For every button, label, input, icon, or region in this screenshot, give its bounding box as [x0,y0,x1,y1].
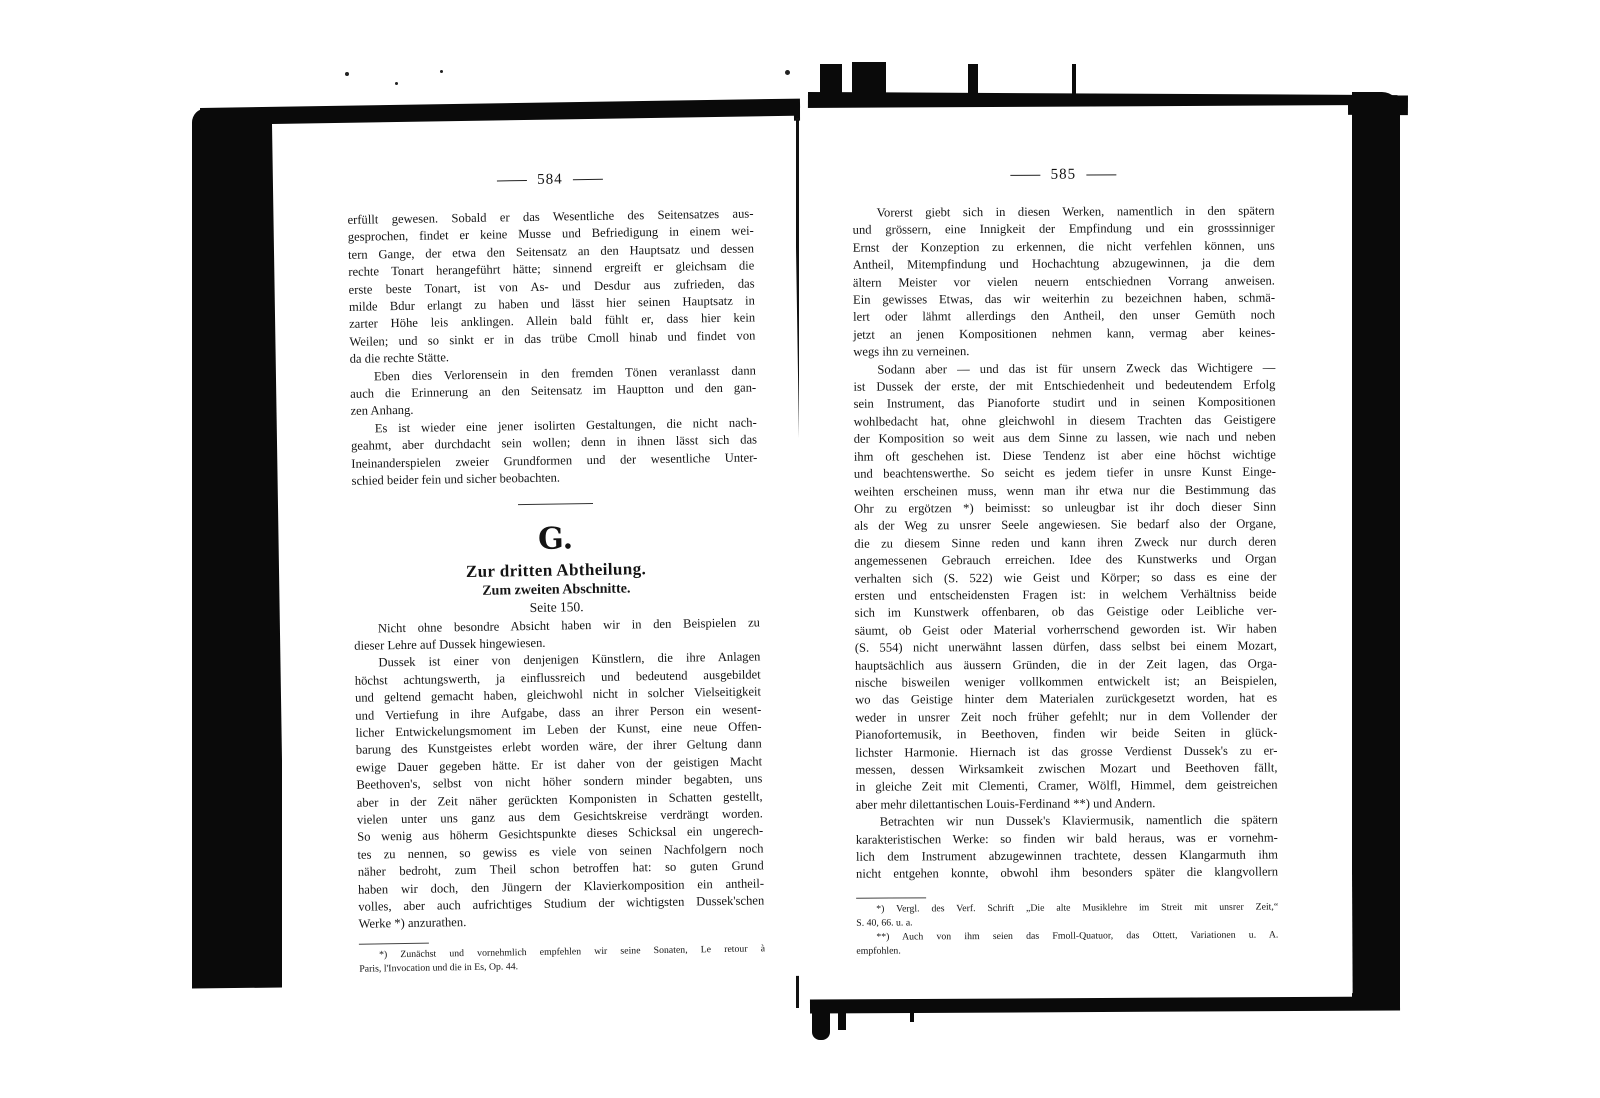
body-text: erfüllt gewesen. Sobald er das Wesentlic… [347,205,757,490]
left-page-column: 584 erfüllt gewesen. Sobald er das Wesen… [346,116,765,976]
bookmark-tab [968,64,978,100]
footnotes: *) Vergl. des Verf. Schrift „Die alte Mu… [856,900,1278,958]
paragraph: Betrachten wir nun Dussek's Klaviermusik… [856,812,1278,884]
page-number-dash [573,179,603,180]
scan-speck [440,70,443,73]
footnote: empfohlen. [856,942,1278,958]
section-body-text: Nicht ohne besondre Absicht haben wir in… [354,614,765,934]
page-number-dash [497,180,527,181]
book-bottom-edge [810,996,1400,1013]
book-cover-right-edge [1352,92,1400,1010]
bookmark-tab [1072,64,1076,98]
paragraph: Vorerst giebt sich in diesen Werken, nam… [853,203,1276,362]
page-number: 584 [347,168,753,191]
section-divider [517,503,592,505]
scan-speck [395,82,398,85]
scan-speck [345,72,349,76]
paragraph: Eben dies Verlorensein in den fremden Tö… [350,362,757,421]
scan-speck [785,70,790,75]
footnote: *) Vergl. des Verf. Schrift „Die alte Mu… [856,900,1278,916]
left-page: 584 erfüllt gewesen. Sobald er das Wesen… [272,116,807,984]
page-number: 585 [852,166,1274,185]
bookmark-tab [812,1000,830,1040]
paragraph: Es ist wieder eine jener isolirten Gesta… [351,414,758,490]
paragraph: Sodann aber — und das ist für unsern Zwe… [853,359,1277,814]
footnote: **) Auch von ihm seien das Fmoll-Quatuor… [856,928,1278,944]
body-text: Vorerst giebt sich in diesen Werken, nam… [853,203,1279,884]
footnotes: *) Zunächst und vornehmlich empfehlen wi… [359,942,765,976]
right-page: 585 Vorerst giebt sich in diesen Werken,… [800,105,1353,996]
right-page-column: 585 Vorerst giebt sich in diesen Werken,… [852,106,1278,959]
bookmark-tab [838,1000,846,1030]
footnote-rule [359,942,429,944]
paragraph: erfüllt gewesen. Sobald er das Wesentlic… [347,205,755,368]
bookmark-tab [852,62,886,104]
paragraph: Dussek ist einer von denjenigen Künstler… [354,649,764,934]
book-cover-left-edge [192,108,282,989]
footnote-rule [856,897,926,898]
section-letter: G. [352,519,758,559]
bookmark-tab [820,64,842,104]
page-number-dash [1086,174,1116,175]
bookmark-tab [910,1000,914,1022]
page-number-dash [1011,175,1041,176]
